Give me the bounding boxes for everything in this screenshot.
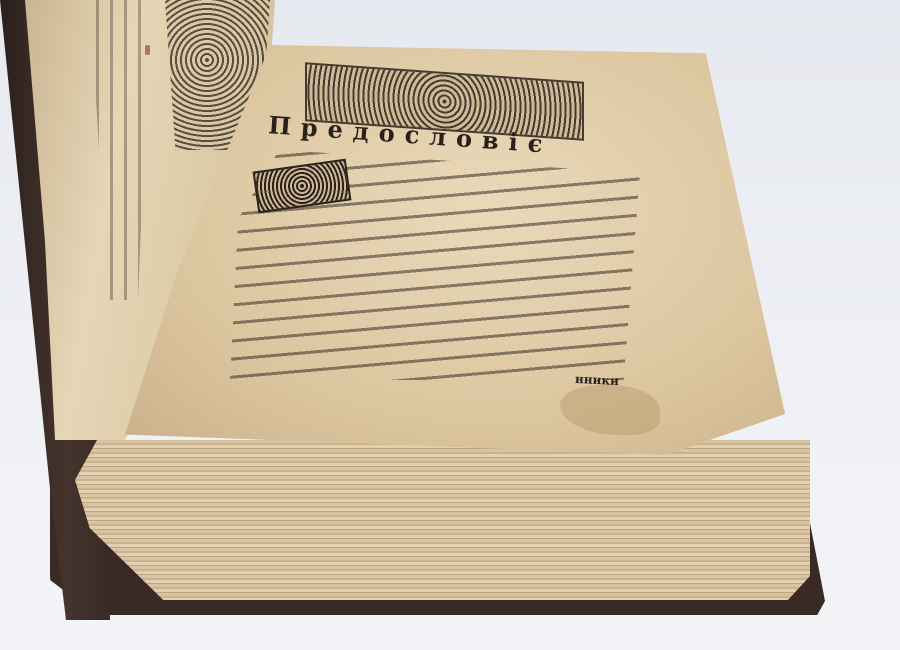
book-photo: Предословіє нники <box>0 0 900 650</box>
page-edges <box>75 440 810 600</box>
catchword: нники <box>575 372 620 388</box>
red-ink-mark <box>145 45 150 55</box>
